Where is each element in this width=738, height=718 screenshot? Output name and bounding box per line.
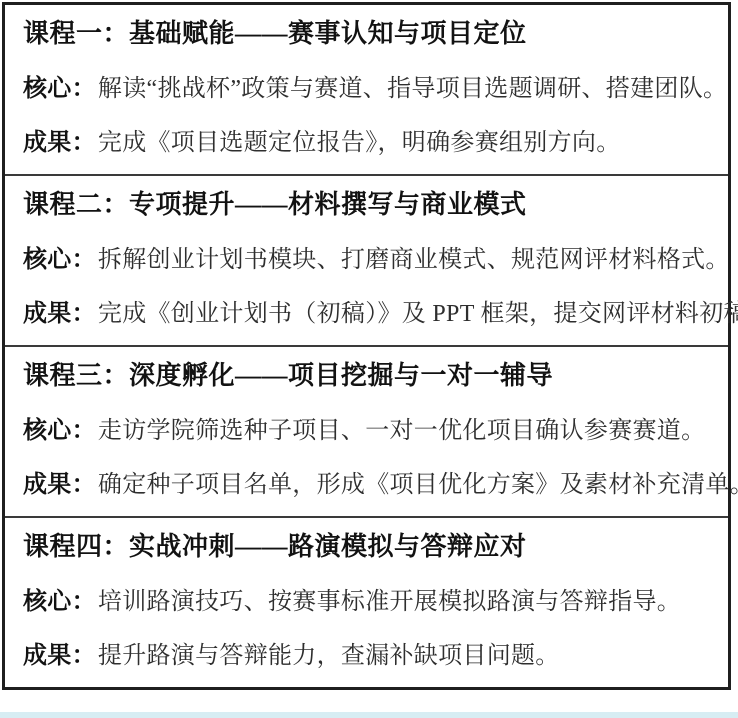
core-text: 走访学院筛选种子项目、一对一优化项目确认参赛赛道。 bbox=[98, 418, 706, 444]
outcome-label: 成果： bbox=[23, 301, 96, 327]
course-section-2: 课程二：专项提升——材料撰写与商业模式 核心：拆解创业计划书模块、打磨商业模式、… bbox=[5, 174, 728, 345]
outcome-label: 成果： bbox=[23, 472, 96, 498]
bottom-strip bbox=[0, 712, 738, 718]
course-2-title: 课程二：专项提升——材料撰写与商业模式 bbox=[23, 188, 714, 222]
course-3-outcome-row: 成果：确定种子项目名单，形成《项目优化方案》及素材补充清单。 bbox=[23, 469, 714, 501]
course-4-outcome-row: 成果：提升路演与答辩能力，查漏补缺项目问题。 bbox=[23, 640, 714, 672]
course-1-title: 课程一：基础赋能——赛事认知与项目定位 bbox=[23, 17, 714, 51]
outcome-label: 成果： bbox=[23, 643, 96, 669]
core-text: 拆解创业计划书模块、打磨商业模式、规范网评材料格式。 bbox=[98, 247, 730, 273]
core-label: 核心： bbox=[23, 76, 96, 102]
course-4-core-row: 核心：培训路演技巧、按赛事标准开展模拟路演与答辩指导。 bbox=[23, 586, 714, 618]
core-label: 核心： bbox=[23, 589, 96, 615]
core-label: 核心： bbox=[23, 247, 96, 273]
course-3-title: 课程三：深度孵化——项目挖掘与一对一辅导 bbox=[23, 359, 714, 393]
outcome-text: 完成《项目选题定位报告》，明确参赛组别方向。 bbox=[98, 130, 621, 156]
course-3-core-row: 核心：走访学院筛选种子项目、一对一优化项目确认参赛赛道。 bbox=[23, 415, 714, 447]
course-2-outcome-row: 成果：完成《创业计划书（初稿）》及 PPT 框架，提交网评材料初稿。 bbox=[23, 298, 714, 330]
course-1-core-row: 核心：解读“挑战杯”政策与赛道、指导项目选题调研、搭建团队。 bbox=[23, 73, 714, 105]
core-text: 解读“挑战杯”政策与赛道、指导项目选题调研、搭建团队。 bbox=[98, 76, 727, 102]
course-table: 课程一：基础赋能——赛事认知与项目定位 核心：解读“挑战杯”政策与赛道、指导项目… bbox=[2, 2, 731, 690]
core-text: 培训路演技巧、按赛事标准开展模拟路演与答辩指导。 bbox=[98, 589, 681, 615]
course-section-1: 课程一：基础赋能——赛事认知与项目定位 核心：解读“挑战杯”政策与赛道、指导项目… bbox=[5, 5, 728, 174]
course-section-4: 课程四：实战冲刺——路演模拟与答辩应对 核心：培训路演技巧、按赛事标准开展模拟路… bbox=[5, 516, 728, 687]
course-1-outcome-row: 成果：完成《项目选题定位报告》，明确参赛组别方向。 bbox=[23, 127, 714, 159]
outcome-label: 成果： bbox=[23, 130, 96, 156]
core-label: 核心： bbox=[23, 418, 96, 444]
outcome-text: 完成《创业计划书（初稿）》及 PPT 框架，提交网评材料初稿。 bbox=[98, 301, 738, 327]
outcome-text: 确定种子项目名单，形成《项目优化方案》及素材补充清单。 bbox=[98, 472, 738, 498]
outcome-text: 提升路演与答辩能力，查漏补缺项目问题。 bbox=[98, 643, 560, 669]
course-2-core-row: 核心：拆解创业计划书模块、打磨商业模式、规范网评材料格式。 bbox=[23, 244, 714, 276]
page: 课程一：基础赋能——赛事认知与项目定位 核心：解读“挑战杯”政策与赛道、指导项目… bbox=[0, 0, 738, 718]
course-4-title: 课程四：实战冲刺——路演模拟与答辩应对 bbox=[23, 530, 714, 564]
course-section-3: 课程三：深度孵化——项目挖掘与一对一辅导 核心：走访学院筛选种子项目、一对一优化… bbox=[5, 345, 728, 516]
